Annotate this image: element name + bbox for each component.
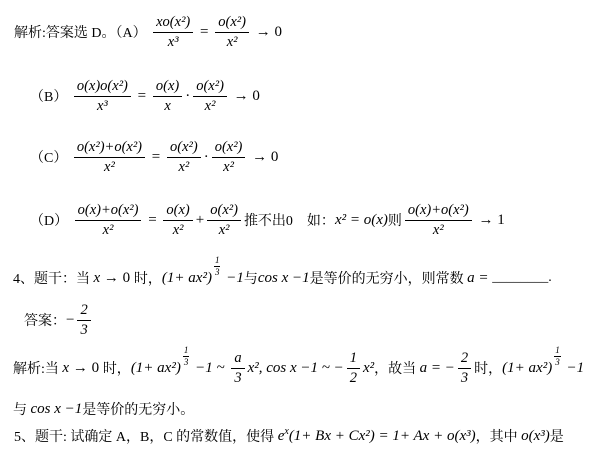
math-run: (1+ ax²) [162, 270, 212, 287]
operator-run: → 0 [69, 360, 103, 377]
text-run: 解析:答案选 D。（A） [14, 22, 150, 42]
text-run: 答案： [24, 310, 66, 330]
denominator: x³ [94, 97, 111, 115]
math-run: (1+ Bx + Cx²) = 1+ Ax + o(x³) [289, 428, 476, 445]
text-run: ________. [492, 270, 552, 286]
operator-run: → 1 [475, 212, 505, 229]
fraction: o(x²)x² [212, 138, 246, 175]
text-run: 是等价的无穷小，则常数 [310, 268, 468, 288]
text-run: 与 [244, 268, 258, 288]
text-run: 4、题干：当 [13, 268, 94, 288]
math-run: x [62, 360, 69, 377]
fraction: o(x)+o(x²)x² [405, 201, 472, 238]
text-run: 是 [550, 426, 564, 446]
fraction: 12 [347, 349, 360, 386]
operator-run: = [144, 212, 160, 229]
denominator: 3 [554, 357, 561, 367]
denominator: 2 [347, 369, 360, 387]
math-run: x [94, 270, 101, 287]
fraction: o(x²)x² [215, 13, 249, 50]
denominator: x² [202, 97, 219, 115]
math-run: (1+ ax²) [502, 360, 552, 377]
denominator: x² [100, 221, 117, 239]
operator-run: · [204, 149, 209, 166]
math-run: (1+ ax²) [131, 360, 181, 377]
question4-stem: 4、题干：当 x → 0 时，(1+ ax²)13 −1与cos x −1是等价… [0, 254, 597, 302]
fraction: o(x)+o(x²)x² [75, 201, 142, 238]
solution3-option-a: 解析:答案选 D。（A） xo(x²)x³ = o(x²)x² → 0 [0, 0, 597, 64]
numerator: 1 [554, 345, 561, 356]
text-run: 推不出0 如： [244, 210, 335, 230]
numerator: o(x²) [167, 138, 201, 157]
numerator: o(x)o(x²) [74, 77, 131, 96]
numerator: o(x²) [207, 201, 241, 220]
text-run: （C） [30, 147, 71, 167]
numerator: 1 [214, 255, 221, 266]
denominator: 3 [458, 369, 471, 387]
numerator: o(x²) [212, 138, 246, 157]
operator-run: − [66, 312, 74, 329]
exponent-fraction: 13 [214, 255, 221, 277]
math-run: a = [467, 270, 492, 287]
solution3-option-d: （D） o(x)+o(x²)x² = o(x)x²+o(x²)x²推不出0 如：… [0, 186, 597, 254]
fraction: o(x²)+o(x²)x² [74, 138, 145, 175]
fraction: 23 [458, 349, 471, 386]
operator-run: = [196, 24, 212, 41]
math-run: cos x −1 [31, 401, 83, 418]
denominator: x² [170, 221, 187, 239]
fraction: o(x)x [153, 77, 182, 114]
math-run: e [278, 428, 285, 445]
operator-run: = [148, 149, 164, 166]
denominator: x³ [165, 33, 182, 51]
text-run: 时， [134, 268, 162, 288]
text-run: ，其中 [476, 426, 522, 446]
math-run: −1 ~ [191, 360, 228, 377]
text-run: 时， [103, 358, 131, 378]
operator-run: → 0 [248, 149, 278, 166]
numerator: o(x)+o(x²) [405, 201, 472, 220]
numerator: a [231, 349, 244, 368]
fraction: o(x²)x² [193, 77, 227, 114]
denominator: x² [220, 158, 237, 176]
solution3-option-c: （C） o(x²)+o(x²)x² = o(x²)x²·o(x²)x² → 0 [0, 128, 597, 186]
numerator: o(x)+o(x²) [75, 201, 142, 220]
fraction: o(x)x² [163, 201, 192, 238]
numerator: xo(x²) [153, 13, 193, 32]
math-run: x² = o(x) [335, 212, 388, 229]
denominator: 3 [183, 357, 190, 367]
denominator: x² [175, 158, 192, 176]
fraction: xo(x²)x³ [153, 13, 193, 50]
fraction: 23 [77, 301, 90, 338]
operator-run: + [196, 212, 204, 229]
denominator: x [161, 97, 173, 115]
numerator: o(x²) [193, 77, 227, 96]
numerator: o(x²)+o(x²) [74, 138, 145, 157]
question4-answer: 答案：−23 [0, 302, 597, 338]
denominator: 3 [231, 369, 244, 387]
math-run: cos x −1 [258, 270, 310, 287]
math-run: −1 [222, 270, 243, 287]
denominator: 3 [214, 267, 221, 277]
document-page: { "page": {"background": "#ffffff", "tex… [0, 0, 597, 452]
operator-run: → 0 [100, 270, 134, 287]
math-worksheet: 解析:答案选 D。（A） xo(x²)x³ = o(x²)x² → 0（B） o… [0, 0, 597, 452]
text-run: 解析:当 [13, 358, 62, 378]
denominator: x² [224, 33, 241, 51]
denominator: x² [101, 158, 118, 176]
superscript: x [284, 426, 288, 437]
operator-run: = [134, 88, 150, 105]
math-run: x², cos x −1 ~ − [248, 360, 344, 377]
numerator: 1 [347, 349, 360, 368]
math-run: o(x³) [521, 428, 550, 445]
text-run: ，故当 [374, 358, 420, 378]
text-run: 5、题干: 试确定 A，B，C 的常数值，使得 [14, 426, 278, 446]
fraction: o(x²)x² [167, 138, 201, 175]
question4-solution: 解析:当 x → 0 时，(1+ ax²)13 −1 ~ a3x², cos x… [0, 338, 597, 398]
math-run: x² [363, 360, 374, 377]
denominator: x² [430, 221, 447, 239]
numerator: o(x) [163, 201, 192, 220]
fraction: o(x²)x² [207, 201, 241, 238]
text-run: 与 [13, 399, 31, 419]
question4-solution-cont: 与 cos x −1是等价的无穷小。 [0, 398, 597, 420]
operator-run: · [185, 88, 190, 105]
denominator: 3 [77, 321, 90, 339]
exponent-fraction: 13 [183, 345, 190, 367]
question5-stem: 5、题干: 试确定 A，B，C 的常数值，使得 ex(1+ Bx + Cx²) … [0, 420, 597, 452]
text-run: 则 [388, 210, 402, 230]
text-run: 是等价的无穷小。 [82, 399, 194, 419]
fraction: a3 [231, 349, 244, 386]
numerator: 2 [77, 301, 90, 320]
numerator: o(x) [153, 77, 182, 96]
numerator: o(x²) [215, 13, 249, 32]
numerator: 1 [183, 345, 190, 356]
exponent-fraction: 13 [554, 345, 561, 367]
operator-run: → 0 [252, 24, 282, 41]
text-run: （B） [30, 86, 71, 106]
text-run: 时， [474, 358, 502, 378]
numerator: 2 [458, 349, 471, 368]
operator-run: → 0 [230, 88, 260, 105]
solution3-option-b: （B） o(x)o(x²)x³ = o(x)x·o(x²)x² → 0 [0, 64, 597, 128]
text-run: （D） [30, 210, 72, 230]
denominator: x² [216, 221, 233, 239]
math-run: a = − [420, 360, 455, 377]
math-run: −1 [563, 360, 584, 377]
fraction: o(x)o(x²)x³ [74, 77, 131, 114]
